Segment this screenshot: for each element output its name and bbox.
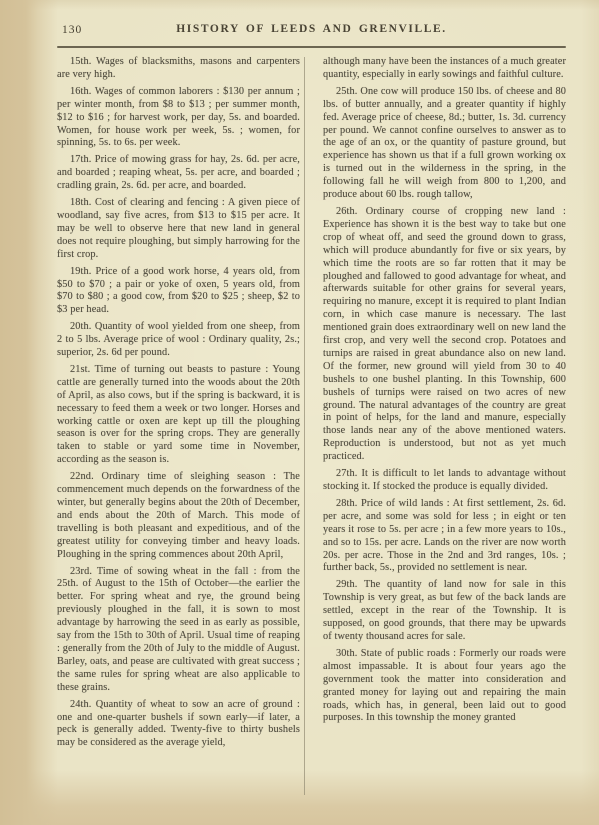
paragraph-23rd: 23rd. Time of sowing wheat in the fall :… (57, 566, 300, 695)
header-rule (57, 46, 566, 48)
paragraph-26th: 26th. Ordinary course of cropping new la… (323, 206, 566, 464)
paragraph-18th: 18th. Cost of clearing and fencing : A g… (57, 197, 300, 262)
paragraph-27th: 27th. It is difficult to let lands to ad… (323, 468, 566, 494)
paragraph-21st: 21st. Time of turning out beasts to past… (57, 364, 300, 467)
paragraph-24th: 24th. Quantity of wheat to sow an acre o… (57, 699, 300, 751)
left-column: 15th. Wages of blacksmiths, masons and c… (57, 56, 300, 750)
paragraph-28th: 28th. Price of wild lands : At first set… (323, 498, 566, 575)
paragraph-17th: 17th. Price of mowing grass for hay, 2s.… (57, 154, 300, 193)
paragraph-15th: 15th. Wages of blacksmiths, masons and c… (57, 56, 300, 82)
paragraph-continuation: although many have been the instances of… (323, 56, 566, 82)
paragraph-20th: 20th. Quantity of wool yielded from one … (57, 321, 300, 360)
paragraph-29th: 29th. The quantity of land now for sale … (323, 579, 566, 644)
paragraph-16th: 16th. Wages of common laborers : $130 pe… (57, 86, 300, 151)
page-header: 130 HISTORY OF LEEDS AND GRENVILLE. (57, 22, 566, 40)
paragraph-19th: 19th. Price of a good work horse, 4 year… (57, 266, 300, 318)
paragraph-25th: 25th. One cow will produce 150 lbs. of c… (323, 86, 566, 202)
running-head-title: HISTORY OF LEEDS AND GRENVILLE. (57, 23, 566, 35)
paragraph-30th: 30th. State of public roads : Formerly o… (323, 648, 566, 725)
right-column: although many have been the instances of… (323, 56, 566, 750)
paragraph-22nd: 22nd. Ordinary time of sleighing season … (57, 471, 300, 561)
text-columns: 15th. Wages of blacksmiths, masons and c… (57, 56, 566, 750)
scanned-book-page: 130 HISTORY OF LEEDS AND GRENVILLE. 15th… (0, 0, 599, 825)
